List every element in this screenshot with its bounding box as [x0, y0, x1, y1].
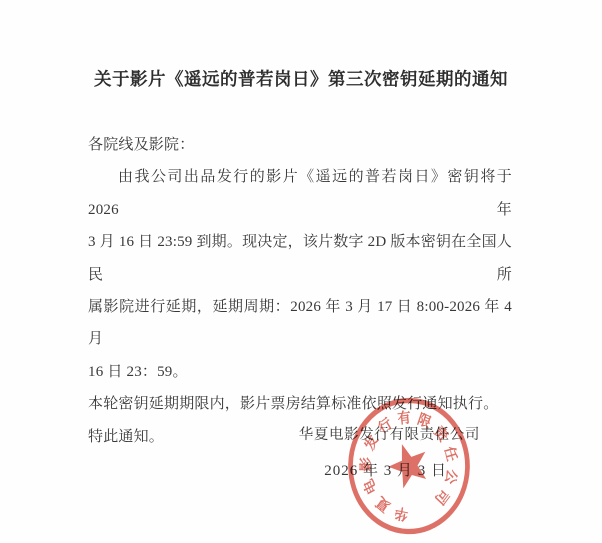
notice-document: 关于影片《遥远的普若岗日》第三次密钥延期的通知 各院线及影院： 由我公司出品发行… [0, 0, 602, 543]
signature-company: 华夏电影发行有限责任公司 [299, 423, 480, 444]
notice-body: 各院线及影院： 由我公司出品发行的影片《遥远的普若岗日》密钥将于 2026 年 … [88, 129, 512, 453]
svg-text:司: 司 [431, 485, 452, 508]
body-line: 属影院进行延期，延期周期：2026 年 3 月 17 日 8:00-2026 年… [88, 291, 512, 356]
svg-text:华: 华 [394, 503, 410, 523]
body-line: 本轮密钥延期期限内，影片票房结算标准依照发行通知执行。 [88, 388, 512, 420]
body-line: 16 日 23：59。 [88, 356, 512, 388]
notice-title: 关于影片《遥远的普若岗日》第三次密钥延期的通知 [0, 66, 602, 91]
salutation-line: 各院线及影院： [88, 129, 512, 161]
body-line: 由我公司出品发行的影片《遥远的普若岗日》密钥将于 2026 年 [88, 161, 512, 226]
signature-date: 2026 年 3 月 3 日 [324, 459, 447, 480]
svg-text:夏: 夏 [373, 493, 393, 516]
body-line: 3 月 16 日 23:59 到期。现决定，该片数字 2D 版本密钥在全国人民所 [88, 226, 512, 291]
